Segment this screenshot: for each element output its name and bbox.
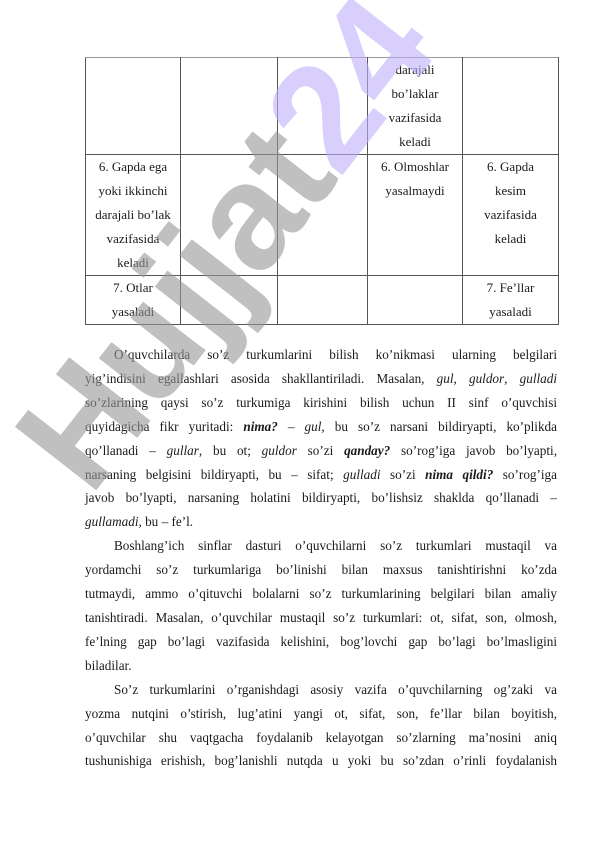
cell-text-line: yasaladi: [465, 300, 556, 324]
cell-text-line: yasaladi: [88, 300, 178, 324]
cell-text-line: keladi: [88, 251, 178, 275]
text-run: tutmaydi, ammo o’qituvchi bolalarni so’z…: [85, 586, 557, 601]
example-word: guldor: [469, 371, 504, 386]
text-line: fe’lning gap bo’lagi vazifasida kelishin…: [85, 630, 557, 654]
cell-text-line: yoki ikkinchi: [88, 179, 178, 203]
text-run: O’quvchilarda so’z turkumlarini bilish k…: [114, 347, 557, 362]
text-run: so’rog’iga javob bo’lyapti,: [390, 443, 557, 458]
emphasized-question: nima qildi?: [425, 467, 493, 482]
emphasized-question: nima?: [243, 419, 277, 434]
text-line: o’quvchilar shu vaqtgacha foydalanib kel…: [85, 726, 557, 750]
text-run: yig’indisini egallashlari asosida shakll…: [85, 371, 437, 386]
table-cell: [181, 155, 278, 276]
cell-text-line: 7. Otlar: [88, 276, 178, 300]
text-line: yig’indisini egallashlari asosida shakll…: [85, 367, 557, 391]
cell-text-line: vazifasida: [465, 203, 556, 227]
cell-text-line: keladi: [370, 130, 460, 154]
paragraph: O’quvchilarda so’z turkumlarini bilish k…: [85, 343, 557, 534]
table-row: 6. Gapda egayoki ikkinchidarajali bo’lak…: [86, 155, 559, 276]
text-run: o’quvchilar shu vaqtgacha foydalanib kel…: [85, 730, 557, 745]
text-run: biladilar.: [85, 658, 132, 673]
cell-text-line: keladi: [465, 227, 556, 251]
text-run: so’zlarining qaysi so’z turkumiga kirish…: [85, 395, 557, 410]
text-run: tanishtiradi. Masalan, o’quvchilar musta…: [85, 610, 557, 625]
text-line: tushunishiga erishish, bog’lanishli nutq…: [85, 749, 557, 773]
text-run: Boshlang’ich sinflar dasturi o’quvchilar…: [114, 538, 557, 553]
table-cell: 6. Olmoshlaryasalmaydi: [368, 155, 463, 276]
text-line: O’quvchilarda so’z turkumlarini bilish k…: [85, 343, 557, 367]
text-run: so’zi: [381, 467, 426, 482]
table-cell: [181, 276, 278, 325]
text-run: javob bo’lyapti, narsaning holatini bild…: [85, 490, 557, 505]
table-cell: 7. Otlaryasaladi: [86, 276, 181, 325]
cell-text-line: kesim: [465, 179, 556, 203]
text-run: –: [278, 419, 305, 434]
text-run: , bu so’z narsani bildiryapti, ko’plikda: [321, 419, 557, 434]
text-line: javob bo’lyapti, narsaning holatini bild…: [85, 486, 557, 510]
example-word: gullar: [167, 443, 199, 458]
example-word: gulladi: [343, 467, 380, 482]
text-run: ,: [454, 371, 469, 386]
cell-text-line: yasalmaydi: [370, 179, 460, 203]
text-run: ,: [504, 371, 519, 386]
text-run: yordamchi so’z turkumlariga bo’linishi b…: [85, 562, 557, 577]
text-run: , bu ot;: [199, 443, 262, 458]
cell-text-line: darajali bo’lak: [88, 203, 178, 227]
text-run: quyidagicha fikr yuritadi:: [85, 419, 243, 434]
text-line: tutmaydi, ammo o’qituvchi bolalarni so’z…: [85, 582, 557, 606]
text-run: so’rog’iga: [493, 467, 557, 482]
table-row: 7. Otlaryasaladi7. Fe’llaryasaladi: [86, 276, 559, 325]
cell-text-line: 6. Gapda: [465, 155, 556, 179]
example-word: gulladi: [520, 371, 557, 386]
example-word: gul: [305, 419, 322, 434]
text-line: quyidagicha fikr yuritadi: nima? – gul, …: [85, 415, 557, 439]
text-line: Boshlang’ich sinflar dasturi o’quvchilar…: [85, 534, 557, 558]
paragraph: Boshlang’ich sinflar dasturi o’quvchilar…: [85, 534, 557, 677]
text-run: yozma nutqini o’stirish, lug’atini yangi…: [85, 706, 557, 721]
document-page: darajalibo’laklarvazifasidakeladi6. Gapd…: [0, 0, 596, 842]
cell-text-line: darajali: [370, 58, 460, 82]
comparison-table: darajalibo’laklarvazifasidakeladi6. Gapd…: [85, 57, 559, 325]
table-cell: 6. Gapdakesimvazifasidakeladi: [463, 155, 559, 276]
text-line: so’zlarining qaysi so’z turkumiga kirish…: [85, 391, 557, 415]
example-word: gullamadi: [85, 514, 138, 529]
text-line: gullamadi, bu – fe’l.: [85, 510, 557, 534]
emphasized-question: qanday?: [344, 443, 390, 458]
body-text: O’quvchilarda so’z turkumlarini bilish k…: [85, 343, 557, 773]
text-line: yozma nutqini o’stirish, lug’atini yangi…: [85, 702, 557, 726]
text-run: , bu – fe’l.: [138, 514, 193, 529]
table-row: darajalibo’laklarvazifasidakeladi: [86, 58, 559, 155]
table-cell: [368, 276, 463, 325]
paragraph: So’z turkumlarini o’rganishdagi asosiy v…: [85, 678, 557, 774]
text-run: narsaning belgisini bildiryapti, bu – si…: [85, 467, 343, 482]
text-line: yordamchi so’z turkumlariga bo’linishi b…: [85, 558, 557, 582]
table-cell: [278, 58, 368, 155]
cell-text-line: bo’laklar: [370, 82, 460, 106]
table-cell: [278, 155, 368, 276]
table-cell: [278, 276, 368, 325]
cell-text-line: vazifasida: [370, 106, 460, 130]
table-cell: [181, 58, 278, 155]
text-run: fe’lning gap bo’lagi vazifasida kelishin…: [85, 634, 557, 649]
text-line: tanishtiradi. Masalan, o’quvchilar musta…: [85, 606, 557, 630]
cell-text-line: 6. Olmoshlar: [370, 155, 460, 179]
table-cell: darajalibo’laklarvazifasidakeladi: [368, 58, 463, 155]
text-line: biladilar.: [85, 654, 557, 678]
cell-text-line: vazifasida: [88, 227, 178, 251]
text-line: qo’llanadi – gullar, bu ot; guldor so’zi…: [85, 439, 557, 463]
text-run: qo’llanadi –: [85, 443, 167, 458]
text-run: So’z turkumlarini o’rganishdagi asosiy v…: [114, 682, 557, 697]
text-run: tushunishiga erishish, bog’lanishli nutq…: [85, 753, 557, 768]
example-word: gul: [437, 371, 454, 386]
cell-text-line: 6. Gapda ega: [88, 155, 178, 179]
text-line: So’z turkumlarini o’rganishdagi asosiy v…: [85, 678, 557, 702]
cell-text-line: 7. Fe’llar: [465, 276, 556, 300]
table-cell: 6. Gapda egayoki ikkinchidarajali bo’lak…: [86, 155, 181, 276]
example-word: guldor: [262, 443, 297, 458]
table-cell: [86, 58, 181, 155]
table-cell: [463, 58, 559, 155]
text-line: narsaning belgisini bildiryapti, bu – si…: [85, 463, 557, 487]
table-cell: 7. Fe’llaryasaladi: [463, 276, 559, 325]
text-run: so’zi: [297, 443, 344, 458]
